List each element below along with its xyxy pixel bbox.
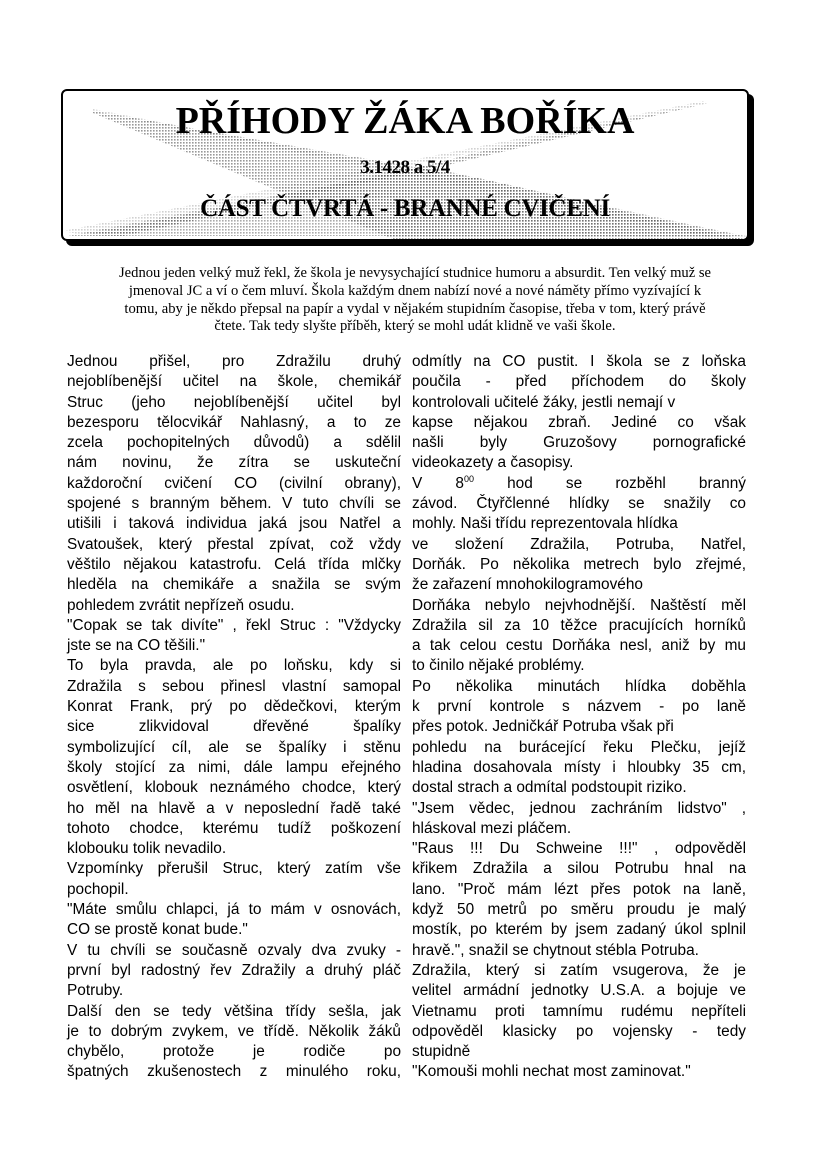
text-line: jste se na CO těšili.": [67, 636, 401, 656]
text-line: ve složení Zdražila, Potruba, Natřel,: [412, 535, 746, 555]
text-line: každoroční cvičení CO (civilní obrany),: [67, 474, 401, 494]
text-line: kapse nějakou zbraň. Jediné co však: [412, 413, 746, 433]
text-line: sice zlikvidoval dřevěné špalíky: [67, 717, 401, 737]
intro-line: tomu, aby je někdo přepsal na papír a vy…: [60, 301, 770, 319]
text-line: tohoto chodce, kterému tudíž poškození: [67, 819, 401, 839]
text-line: klobouku tolik nevadilo.: [67, 839, 401, 859]
header-banner: PŘÍHODY ŽÁKA BOŘÍKA 3.1428 a 5/4 ČÁST ČT…: [61, 89, 749, 241]
text-line: V 800 hod se rozběhl branný: [412, 474, 746, 494]
text-line: "Komouši mohli nechat most zaminovat.": [412, 1062, 746, 1082]
text-line: že zařazení mnohokilogramového: [412, 575, 746, 595]
text-line: křikem Zdražila a silou Potrubu hnal na: [412, 859, 746, 879]
text-line: Vietnamu proti tamnímu rudému nepříteli: [412, 1002, 746, 1022]
text-line: mostík, po kterém by jsem zadaný úkol sp…: [412, 920, 746, 940]
text-line: školy stojící za nimi, dále lampu eřejné…: [67, 758, 401, 778]
text-line: osvětlení, klobouk neznámého chodce, kte…: [67, 778, 401, 798]
text-line: a tak celou cestu Dorňáka nesl, aniž by …: [412, 636, 746, 656]
text-line: pochopil.: [67, 880, 401, 900]
text-line: chybělo, protože je rodiče po: [67, 1042, 401, 1062]
text-line: věštilo nějakou katastrofu. Celá třída m…: [67, 555, 401, 575]
text-line: "Copak se tak divíte" , řekl Struc : "Vž…: [67, 616, 401, 636]
text-line: když 50 metrů po směru proudu je malý: [412, 900, 746, 920]
text-line: nejoblíbenější učitel na škole, chemikář: [67, 372, 401, 392]
text-line: Dorňáka nebylo nejvhodnější. Naštěstí mě…: [412, 596, 746, 616]
text-line: Po několika minutách hlídka doběhla: [412, 677, 746, 697]
text-line: Jednou přišel, pro Zdražilu druhý: [67, 352, 401, 372]
intro-line: jmenoval JC a ví o čem mluví. Škola každ…: [60, 283, 770, 301]
text-line: "Máte smůlu chlapci, já to mám v osnovác…: [67, 900, 401, 920]
right-column: odmítly na CO pustit. I škola se z loňsk…: [412, 352, 746, 1083]
text-line: Konrat Frank, prý po dědečkovi, kterým: [67, 697, 401, 717]
text-line: první byl radostný řev Zdražily a druhý …: [67, 961, 401, 981]
text-line: videokazety a časopisy.: [412, 453, 746, 473]
text-line: Potruby.: [67, 981, 401, 1001]
text-line: hladina dosahovala místy i hloubky 35 cm…: [412, 758, 746, 778]
page-title: PŘÍHODY ŽÁKA BOŘÍKA: [63, 99, 747, 143]
intro-paragraph: Jednou jeden velký muž řekl, že škola je…: [60, 265, 770, 336]
intro-line: Jednou jeden velký muž řekl, že škola je…: [60, 265, 770, 283]
text-line: Vzpomínky přerušil Struc, který zatím vš…: [67, 859, 401, 879]
text-line: Struc (jeho nejoblíbenější učitel byl: [67, 393, 401, 413]
text-line: Další den se tedy většina třídy sešla, j…: [67, 1002, 401, 1022]
text-line: odpověděl klasicky po vojensky - tedy: [412, 1022, 746, 1042]
text-line: lano. "Proč mám lézt přes potok na laně,: [412, 880, 746, 900]
text-line: Zdražila sil za 10 těžce pracujících hor…: [412, 616, 746, 636]
text-line: mohly. Naši třídu reprezentovala hlídka: [412, 514, 746, 534]
text-line: dostal strach a odmítal podstoupit rizik…: [412, 778, 746, 798]
text-line: stupidně: [412, 1042, 746, 1062]
text-line: spojené s branným během. V tuto chvíli s…: [67, 494, 401, 514]
text-line: To byla pravda, ale po loňsku, kdy si: [67, 656, 401, 676]
text-line: hláskoval mezi pláčem.: [412, 819, 746, 839]
text-line: závod. Čtyřčlenné hlídky se snažily co: [412, 494, 746, 514]
text-line: kontrolovali učitelé žáky, jestli nemají…: [412, 393, 746, 413]
text-line: je to dobrým zvykem, ve třídě. Několik ž…: [67, 1022, 401, 1042]
text-line: to činilo nějaké problémy.: [412, 656, 746, 676]
text-line: V tu chvíli se současně ozvaly dva zvuky…: [67, 941, 401, 961]
text-line: symbolizující cíl, ale se špalíky i stěn…: [67, 738, 401, 758]
text-line: Dorňák. Po několika metrech bylo zřejmé,: [412, 555, 746, 575]
text-line: pohledu na burácející řeku Plečku, jejíž: [412, 738, 746, 758]
text-line: "Raus !!! Du Schweine !!!" , odpověděl: [412, 839, 746, 859]
text-line: hleděla na chemikáře a snažila se svým: [67, 575, 401, 595]
left-column: Jednou přišel, pro Zdražilu druhýnejoblí…: [67, 352, 401, 1083]
text-line: "Jsem vědec, jednou zachráním lidstvo" ,: [412, 799, 746, 819]
text-line: odmítly na CO pustit. I škola se z loňsk…: [412, 352, 746, 372]
text-line: CO se prostě konat bude.": [67, 920, 401, 940]
text-line: ho měl na hlavě a v neposlední řadě také: [67, 799, 401, 819]
text-line: hravě.", snažil se chytnout stébla Potru…: [412, 941, 746, 961]
text-line: k první kontrole s názvem - po laně: [412, 697, 746, 717]
text-line: Zdražila, který si zatím vsugerova, že j…: [412, 961, 746, 981]
text-line: utišili i taková individua jaká jsou Nat…: [67, 514, 401, 534]
text-line: poučila - před příchodem do školy: [412, 372, 746, 392]
issue-code: 3.1428 a 5/4: [63, 157, 747, 179]
page-subtitle: ČÁST ČTVRTÁ - BRANNÉ CVIČENÍ: [63, 195, 747, 223]
text-line: Svatoušek, který přestal zpívat, což vžd…: [67, 535, 401, 555]
text-line: bezesporu tělocvikář Nahlasný, a to ze: [67, 413, 401, 433]
text-line: přes potok. Jedničkář Potruba však při: [412, 717, 746, 737]
text-line: nám novinu, že zítra se uskuteční: [67, 453, 401, 473]
text-line: špatných zkušenostech z minulého roku,: [67, 1062, 401, 1082]
text-line: pohledem zvrátit nepřízeň osudu.: [67, 596, 401, 616]
text-line: velitel armádní jednotky U.S.A. a bojuje…: [412, 981, 746, 1001]
text-line: zcela pochopitelných důvodů) a sdělil: [67, 433, 401, 453]
text-line: Zdražila s sebou přinesl vlastní samopal: [67, 677, 401, 697]
intro-line: čtete. Tak tedy slyšte příběh, který se …: [60, 318, 770, 336]
text-line: našli byly Gruzošovy pornografické: [412, 433, 746, 453]
